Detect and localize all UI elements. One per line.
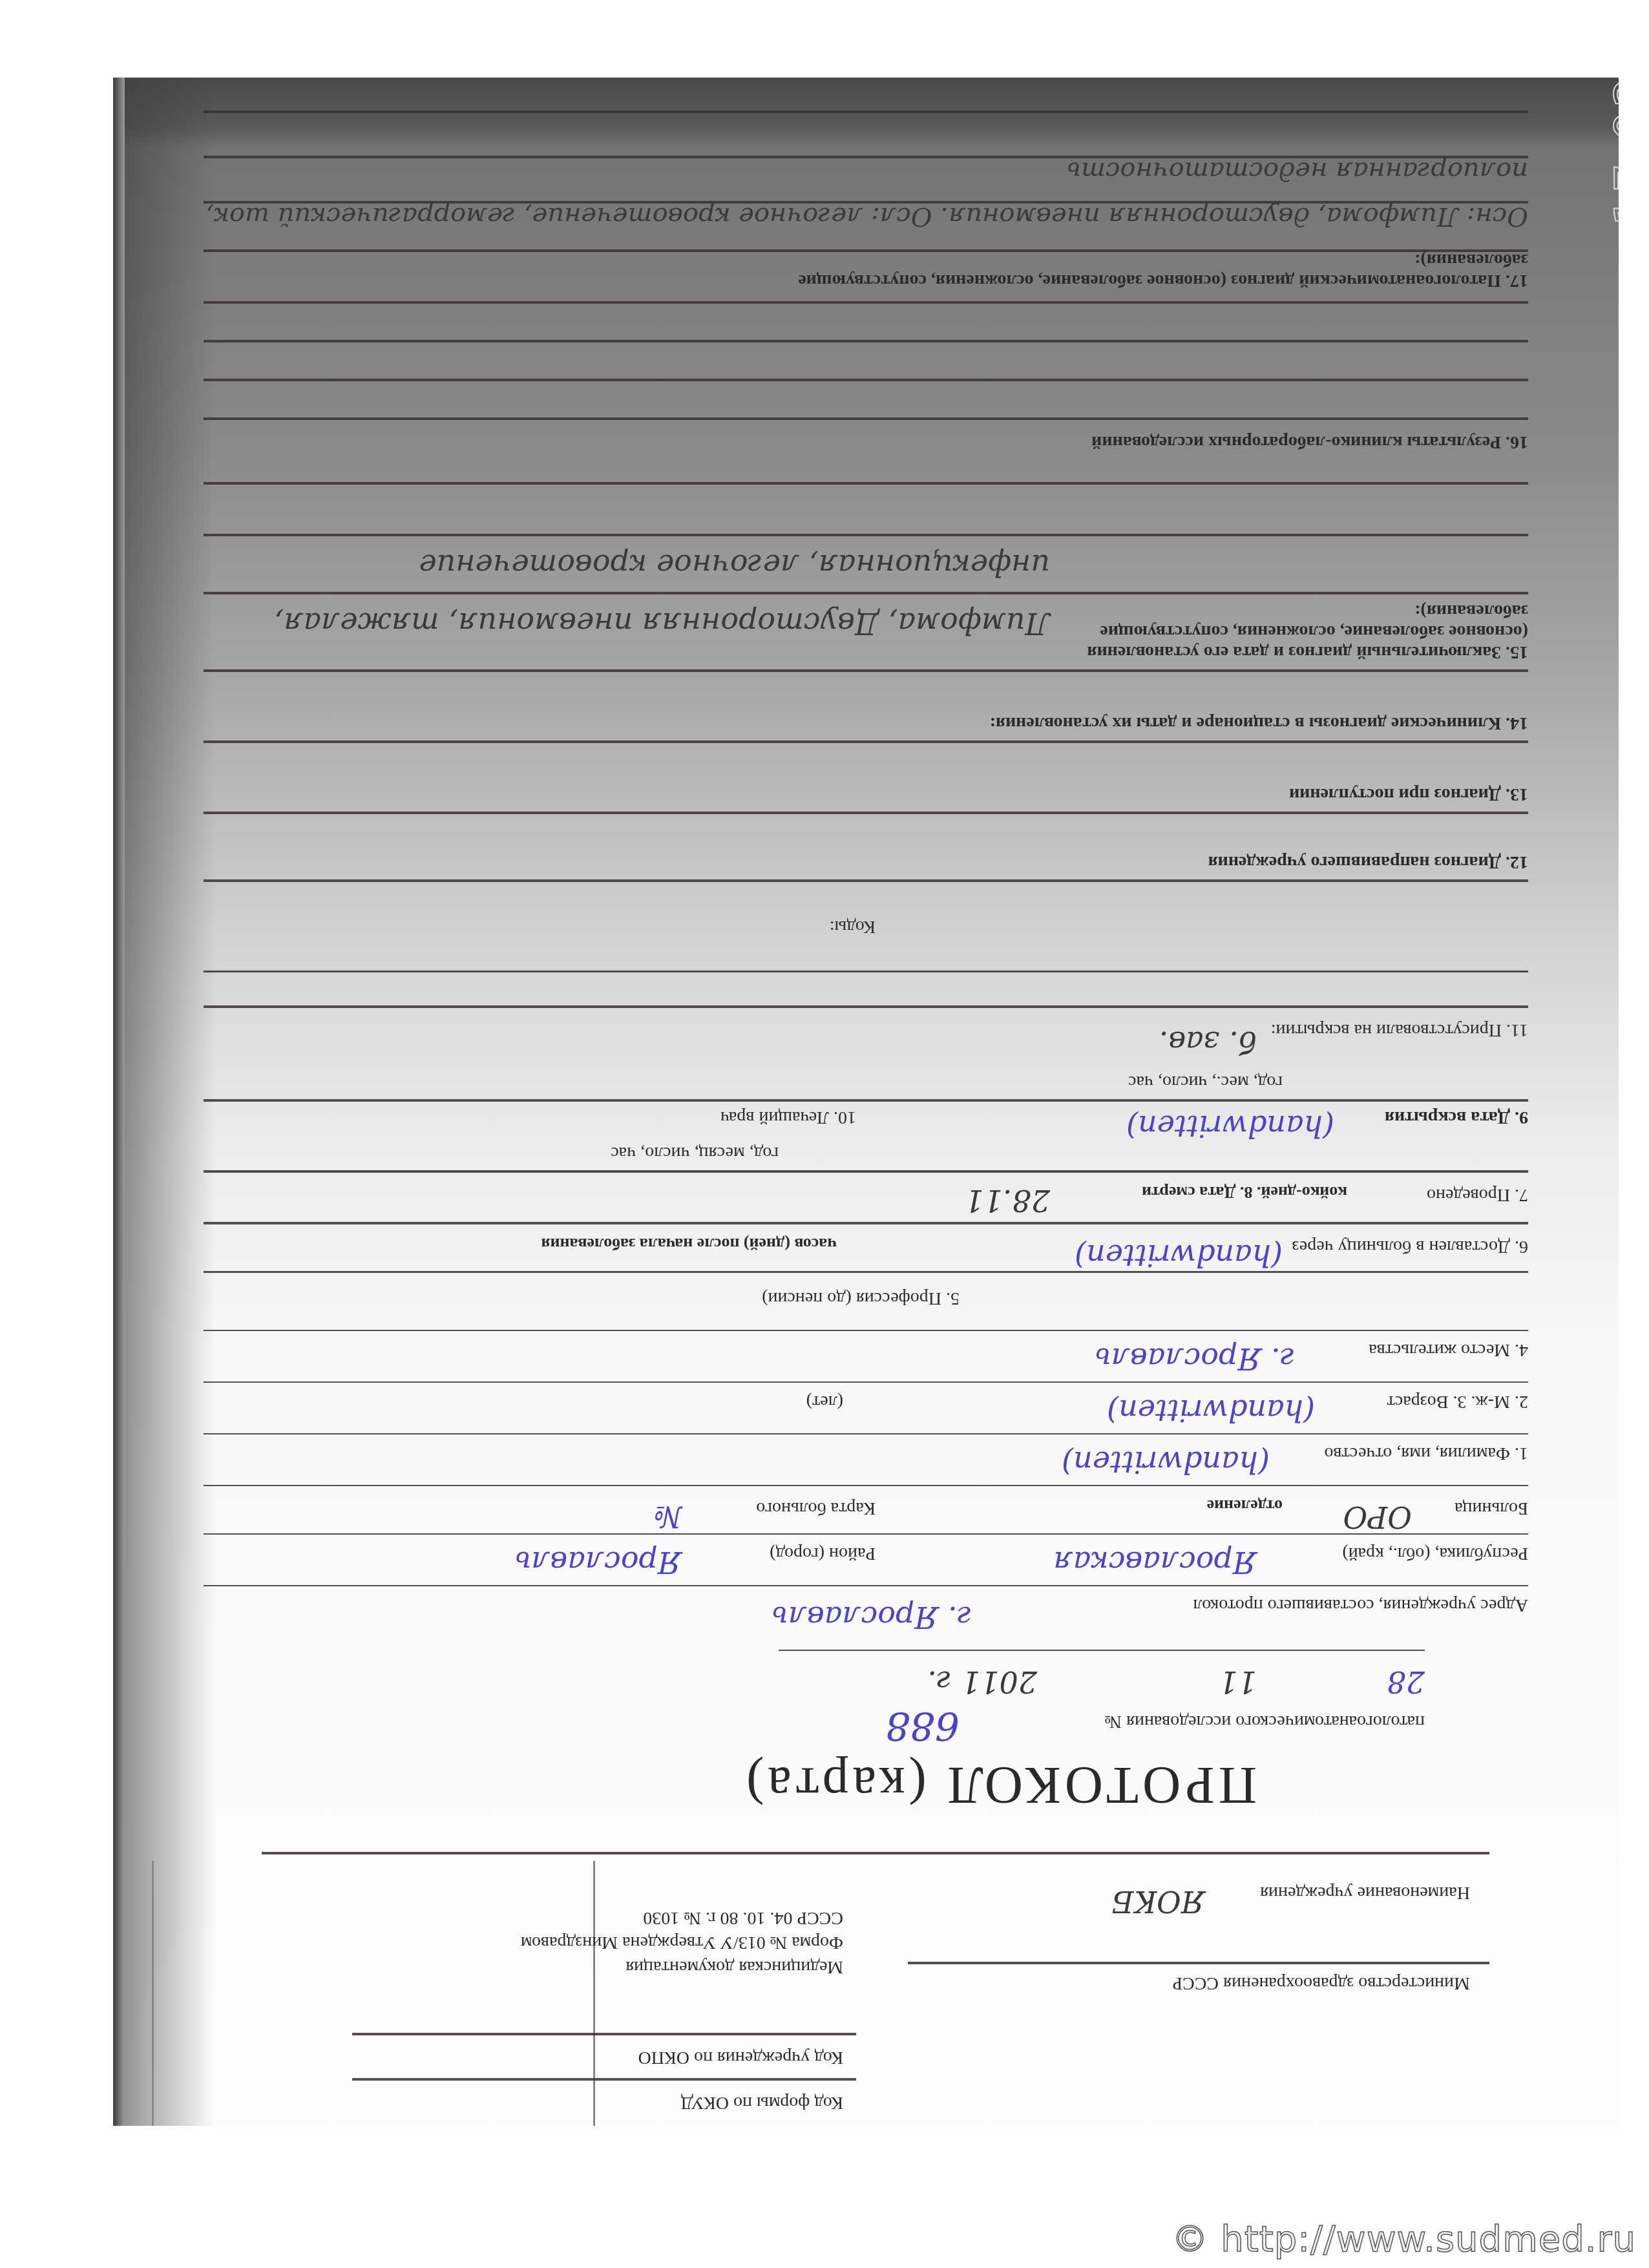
patient-card-label: Карта больного xyxy=(139,1498,876,1518)
rule xyxy=(204,156,1528,158)
field-15-label: 15. Заключительный диагноз и дата его ус… xyxy=(1063,600,1528,662)
field-16-label: 16. Результаты клинико-лабораторных иссл… xyxy=(139,432,1528,452)
codes-label: Коды: xyxy=(139,916,876,937)
rule xyxy=(352,2033,856,2035)
field-7-unit: койко-дней. 8. Дата смерти xyxy=(139,1182,1347,1202)
institution-value: ЯОКБ xyxy=(1112,1884,1205,1919)
field-4-label: 4. Место жительства xyxy=(139,1339,1528,1360)
scan-date-stamp: 17.02.2014 09:16 xyxy=(1604,78,1619,226)
protocol-year: 2011 г. xyxy=(927,1664,1037,1699)
field-9-unit: год, мес., число, час xyxy=(139,1071,1283,1092)
rule xyxy=(204,1533,1528,1535)
rule xyxy=(204,592,1528,594)
rule xyxy=(204,1222,1528,1224)
rule xyxy=(204,1485,1528,1486)
field-5-label: 5. Профессия (до пенсии) xyxy=(139,1288,960,1308)
field-1-value: (handwritten) xyxy=(1062,1445,1270,1480)
field-9-value: (handwritten) xyxy=(1126,1109,1334,1144)
field-17-value: Осн: Лимфома, двусторонняя пневмония. Ос… xyxy=(204,149,1528,239)
rule xyxy=(204,669,1528,672)
med-doc-line2: Форма № 013/У Утверждена Минздравом xyxy=(139,1932,843,1953)
patient-card-value: № xyxy=(653,1500,682,1535)
rule xyxy=(352,2078,856,2081)
rule xyxy=(204,110,1528,113)
field-6-value: (handwritten) xyxy=(1075,1238,1283,1273)
rule xyxy=(204,379,1528,381)
rule xyxy=(204,812,1528,814)
address-value: г. Ярославль xyxy=(772,1600,972,1635)
field-6-unit: часов (дней) после начала заболевания xyxy=(139,1234,837,1254)
med-doc-line3: СССР 04. 10. 80 г. № 1030 xyxy=(139,1907,843,1928)
rule xyxy=(204,201,1528,204)
protocol-day: 28 xyxy=(1387,1664,1425,1699)
field-2-unit: (лет) xyxy=(139,1391,843,1412)
rule xyxy=(908,1962,1489,1964)
protocol-month: 11 xyxy=(1219,1664,1257,1699)
site-watermark: © http://www.sudmed.ru xyxy=(1172,2218,1637,2260)
rule xyxy=(204,1585,1528,1586)
med-doc-line1: Медицинская документация xyxy=(139,1957,843,1977)
scanned-sheet: Код формы по ОКУД Код учреждения по ОКПО… xyxy=(113,78,1619,2126)
rule xyxy=(204,249,1528,252)
institution-label: Наименование учреждения xyxy=(139,1882,1470,1903)
rule xyxy=(204,534,1528,536)
rule xyxy=(204,417,1528,420)
rule xyxy=(204,1433,1528,1434)
field-10-label: 10. Лечащий врач xyxy=(139,1107,856,1128)
hospital-value: ОРО xyxy=(1343,1500,1412,1535)
death-date-unit: год, месяц, число, час xyxy=(139,1142,779,1163)
rule xyxy=(204,482,1528,485)
field-13-label: 13. Диагноз при поступлении xyxy=(139,784,1528,804)
district-value: Ярославль xyxy=(515,1545,682,1580)
rule xyxy=(204,1271,1528,1273)
protocol-number: 688 xyxy=(885,1703,960,1748)
field-11-label: 11. Присутствовали на вскрытии: xyxy=(139,1020,1528,1040)
field-1-label: 1. Фамилия, имя, отчество xyxy=(139,1443,1528,1464)
field-11-value: б. зав. xyxy=(1159,1025,1257,1060)
republic-value: Ярославская xyxy=(1053,1545,1257,1580)
rule xyxy=(204,1099,1528,1102)
field-4-value: г. Ярославль xyxy=(1095,1341,1296,1376)
field-2-value: (handwritten) xyxy=(1107,1393,1315,1428)
rule xyxy=(204,740,1528,743)
subtitle: патологоанатомического исследования № xyxy=(139,1711,1425,1732)
field-17-label: 17. Патологоанатомический диагноз (основ… xyxy=(753,249,1528,291)
death-date-value: 28.11 xyxy=(965,1183,1050,1218)
rule xyxy=(204,1005,1528,1008)
rule xyxy=(204,1170,1528,1173)
field-14-label: 14. Клинические диагнозы в стационаре и … xyxy=(139,713,1528,733)
district-label: Район (город) xyxy=(139,1543,876,1564)
protocol-form: Код формы по ОКУД Код учреждения по ОКПО… xyxy=(113,78,1619,2126)
field-12-label: 12. Диагноз направившего учреждения xyxy=(139,852,1528,872)
rule xyxy=(204,971,1528,972)
rule xyxy=(204,301,1528,304)
rule xyxy=(204,340,1528,342)
okpo-label: Код учреждения по ОКПО xyxy=(139,2047,843,2068)
rule xyxy=(204,1381,1528,1383)
field-15-value: Лимфома, Двусторонняя пневмония, тяжелая… xyxy=(210,536,1050,653)
rule xyxy=(779,1650,1425,1651)
page-title: ПРОТОКОЛ (карта) xyxy=(742,1755,1257,1816)
rule xyxy=(204,879,1528,882)
rule xyxy=(262,1852,1489,1854)
okud-label: Код формы по ОКУД xyxy=(139,2092,843,2113)
rule xyxy=(204,1330,1528,1331)
